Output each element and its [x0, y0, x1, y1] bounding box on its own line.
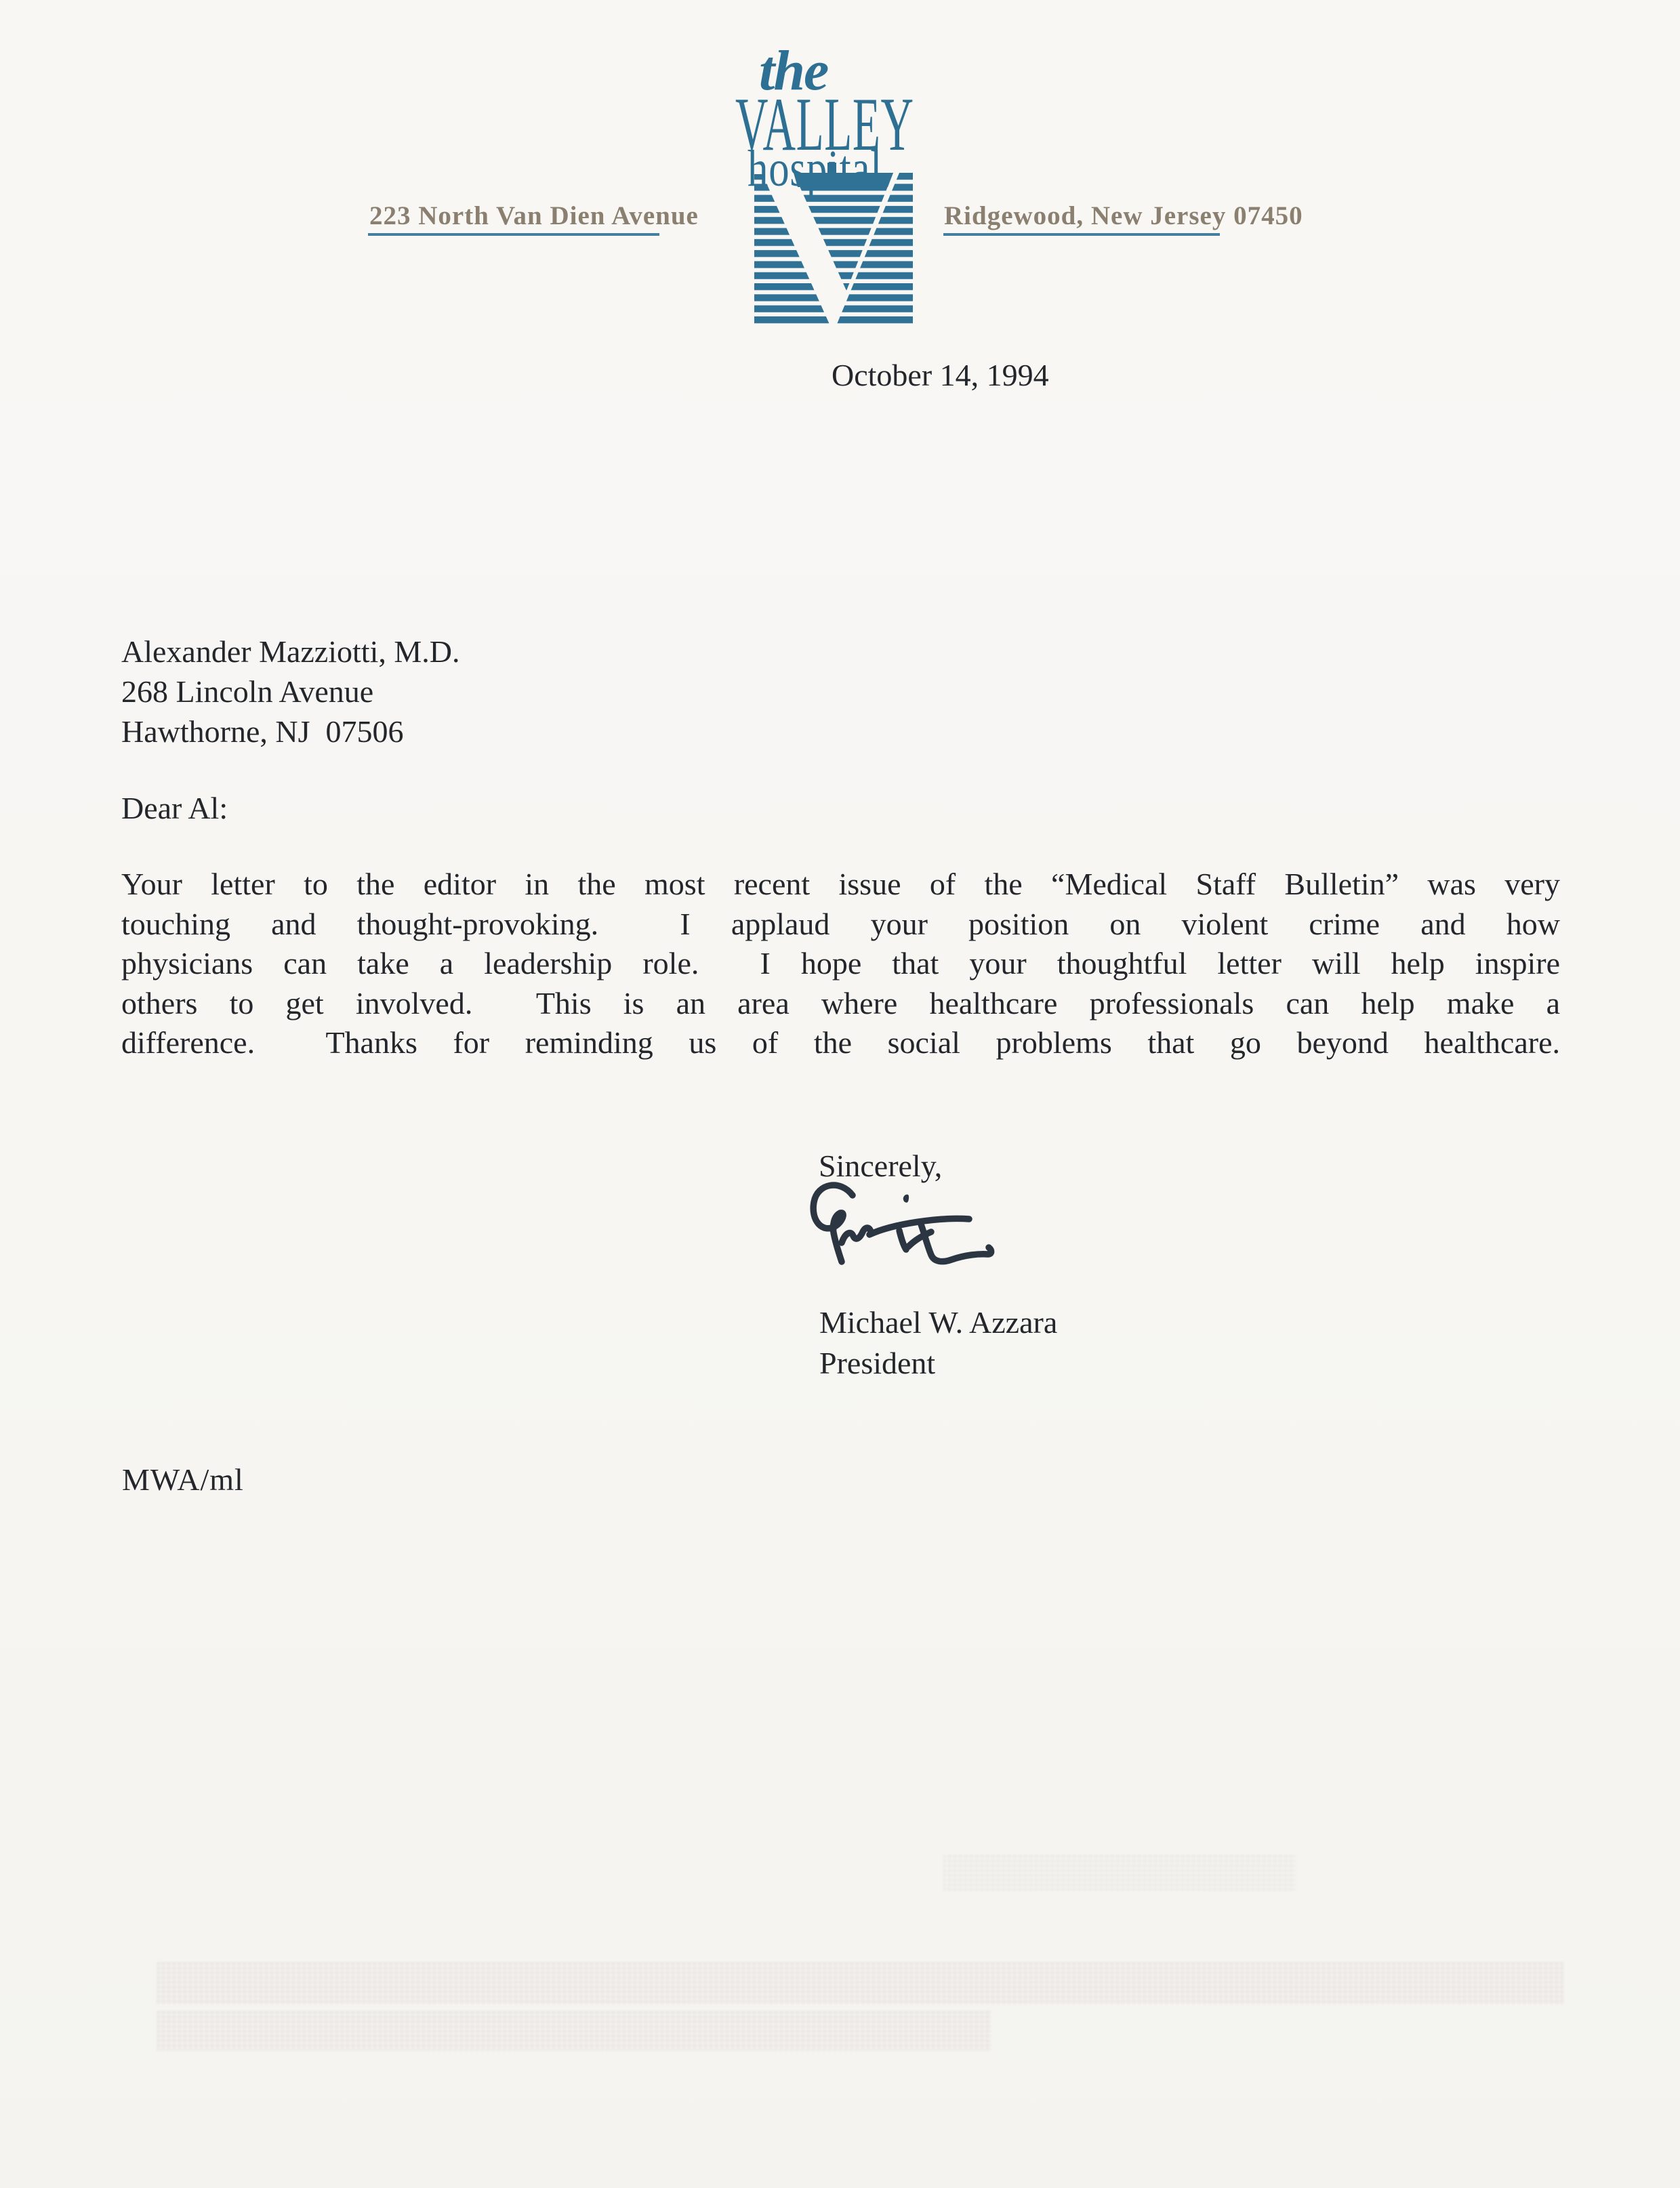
letter-date: October 14, 1994 — [832, 357, 1049, 393]
body-line: Your letter to the editor in the most re… — [121, 865, 1560, 905]
body-line: physicians can take a leadership role. I… — [121, 944, 1560, 984]
signer-name: Michael W. Azzara — [819, 1304, 1057, 1340]
recipient-city: Hawthorne, NJ 07506 — [121, 711, 459, 751]
letterhead-street-address: 223 North Van Dien Avenue — [369, 201, 699, 231]
signature — [808, 1182, 998, 1273]
salutation: Dear Al: — [121, 790, 228, 826]
letter-page: the VALLEY hospital 223 North V — [0, 0, 1680, 2188]
body-paragraph: Your letter to the editor in the most re… — [121, 865, 1560, 1063]
recipient-street: 268 Lincoln Avenue — [121, 672, 459, 711]
body-line: difference. Thanks for reminding us of t… — [121, 1023, 1560, 1063]
bleedthrough-artifact — [943, 1855, 1296, 1891]
bleedthrough-artifact — [157, 2011, 991, 2050]
body-line: touching and thought-provoking. I applau… — [121, 905, 1560, 945]
recipient-name: Alexander Mazziotti, M.D. — [121, 632, 459, 672]
body-line: others to get involved. This is an area … — [121, 984, 1560, 1024]
recipient-address-block: Alexander Mazziotti, M.D. 268 Lincoln Av… — [121, 632, 459, 751]
letterhead-rule-right — [943, 233, 1220, 236]
signer-title: President — [819, 1345, 935, 1381]
typist-reference: MWA/ml — [122, 1462, 244, 1498]
v-emblem-icon — [754, 173, 915, 327]
letterhead-rule-left — [368, 233, 659, 236]
closing-salutation: Sincerely, — [819, 1148, 942, 1184]
bleedthrough-artifact — [157, 1962, 1563, 2004]
letterhead-city-address: Ridgewood, New Jersey 07450 — [944, 201, 1303, 231]
